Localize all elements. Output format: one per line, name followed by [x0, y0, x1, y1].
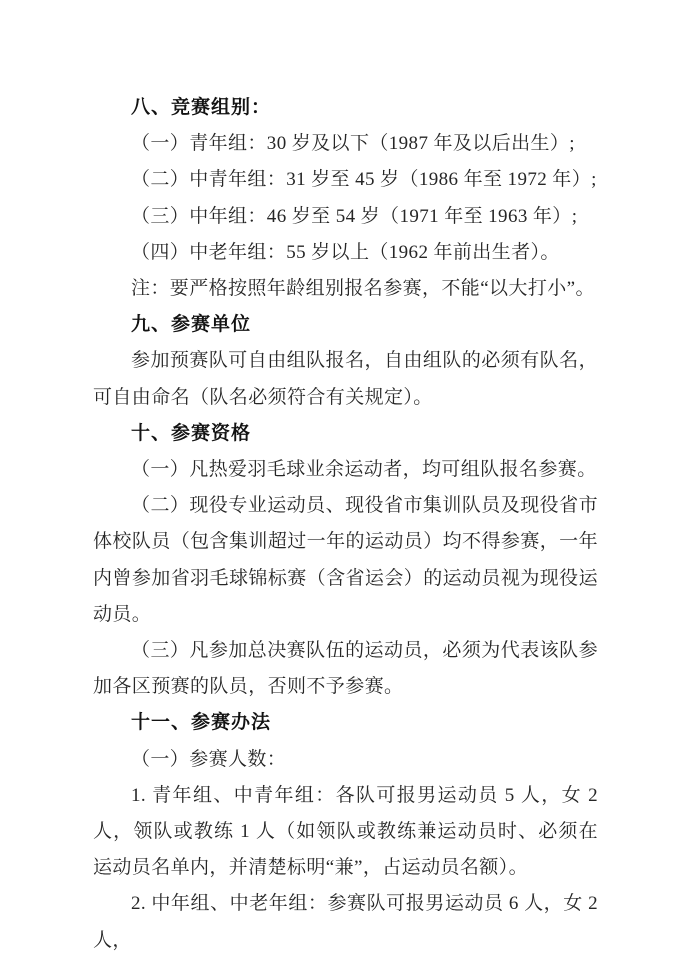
section-heading-competition-groups: 八、竞赛组别：	[93, 90, 598, 126]
eligibility-item-3: （三）凡参加总决赛队伍的运动员，必须为代表该队参加各区预赛的队员，否则不予参赛。	[93, 633, 598, 705]
group-item-middle-age: （三）中年组：46 岁至 54 岁（1971 年至 1963 年）;	[93, 199, 598, 235]
group-item-youth: （一）青年组：30 岁及以下（1987 年及以后出生）;	[93, 126, 598, 162]
subheading-participant-count: （一）参赛人数：	[93, 742, 598, 778]
eligibility-item-1: （一）凡热爱羽毛球业余运动者，均可组队报名参赛。	[93, 452, 598, 488]
document-body: 八、竞赛组别： （一）青年组：30 岁及以下（1987 年及以后出生）; （二）…	[93, 90, 598, 959]
section-heading-participating-units: 九、参赛单位	[93, 307, 598, 343]
paragraph-team-naming: 参加预赛队可自由组队报名，自由组队的必须有队名，可自由命名（队名必须符合有关规定…	[93, 343, 598, 415]
note-age-group: 注：要严格按照年龄组别报名参赛，不能“以大打小”。	[93, 271, 598, 307]
section-heading-eligibility: 十、参赛资格	[93, 416, 598, 452]
document-page: 八、竞赛组别： （一）青年组：30 岁及以下（1987 年及以后出生）; （二）…	[0, 0, 688, 973]
eligibility-item-2: （二）现役专业运动员、现役省市集训队员及现役省市体校队员（包含集训超过一年的运动…	[93, 488, 598, 633]
group-item-senior: （四）中老年组：55 岁以上（1962 年前出生者）。	[93, 235, 598, 271]
count-item-senior-groups: 2. 中年组、中老年组：参赛队可报男运动员 6 人，女 2 人，	[93, 886, 598, 958]
count-item-youth-groups: 1. 青年组、中青年组：各队可报男运动员 5 人，女 2 人，领队或教练 1 人…	[93, 778, 598, 887]
group-item-mid-youth: （二）中青年组：31 岁至 45 岁（1986 年至 1972 年）;	[93, 162, 598, 198]
section-heading-entry-method: 十一、参赛办法	[93, 705, 598, 741]
